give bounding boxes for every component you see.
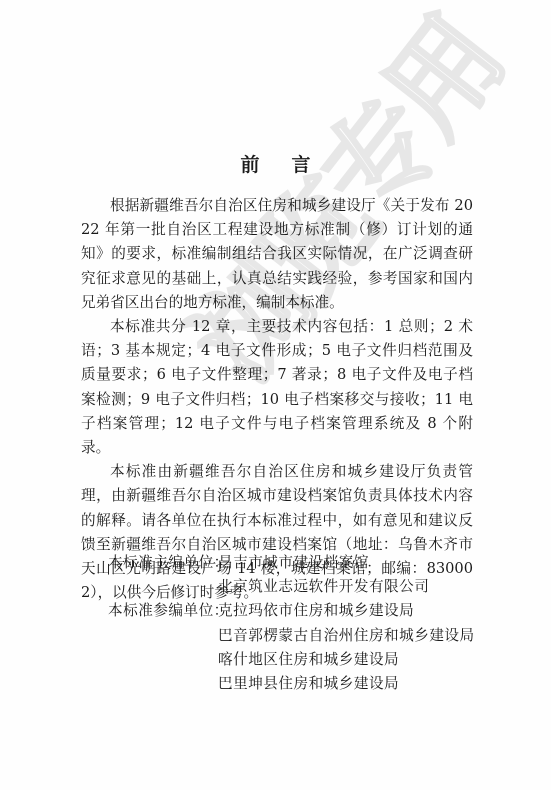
page-title: 前言 bbox=[0, 150, 551, 177]
chief-unit: 北京筑业志远软件开发有限公司 bbox=[218, 575, 429, 599]
title-char-1: 前 bbox=[240, 154, 259, 176]
participating-unit-row: 巴里坤县住房和城乡建设局 bbox=[108, 672, 475, 696]
participating-unit: 克拉玛依市住房和城乡建设局 bbox=[218, 599, 414, 623]
chief-unit: 昌吉市城市建设档案馆 bbox=[218, 551, 369, 575]
paragraph-background: 根据新疆维吾尔自治区住房和城乡建设厅《关于发布 2022 年第一批自治区工程建设… bbox=[81, 194, 473, 315]
compiling-units: 本标准主编单位： 昌吉市城市建设档案馆 北京筑业志远软件开发有限公司 本标准参编… bbox=[108, 551, 475, 696]
participating-unit-row: 本标准参编单位： 克拉玛依市住房和城乡建设局 bbox=[108, 599, 475, 623]
document-page: 浏览专用 前言 根据新疆维吾尔自治区住房和城乡建设厅《关于发布 2022 年第一… bbox=[0, 0, 551, 790]
chief-unit-label: 本标准主编单位： bbox=[108, 551, 218, 575]
participating-unit: 喀什地区住房和城乡建设局 bbox=[218, 648, 399, 672]
participating-unit: 巴音郭楞蒙古自治州住房和城乡建设局 bbox=[218, 624, 475, 648]
participating-unit: 巴里坤县住房和城乡建设局 bbox=[218, 672, 399, 696]
participating-unit-label: 本标准参编单位： bbox=[108, 599, 218, 623]
participating-unit-row: 喀什地区住房和城乡建设局 bbox=[108, 648, 475, 672]
title-char-2: 言 bbox=[292, 154, 311, 176]
participating-unit-row: 巴音郭楞蒙古自治州住房和城乡建设局 bbox=[108, 624, 475, 648]
preface-body: 根据新疆维吾尔自治区住房和城乡建设厅《关于发布 2022 年第一批自治区工程建设… bbox=[81, 194, 473, 605]
paragraph-contents: 本标准共分 12 章，主要技术内容包括：1 总则；2 术语；3 基本规定；4 电… bbox=[81, 315, 473, 460]
chief-unit-row: 本标准主编单位： 昌吉市城市建设档案馆 bbox=[108, 551, 475, 575]
chief-unit-row: 北京筑业志远软件开发有限公司 bbox=[108, 575, 475, 599]
